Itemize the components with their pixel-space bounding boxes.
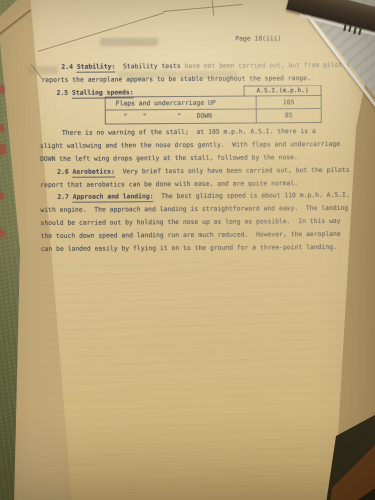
table-cell-speed-down: 85 bbox=[257, 109, 321, 122]
section-2-7-heading: Approach and landing: bbox=[73, 192, 154, 202]
section-2-7-text: The best gliding speed is about 110 m.p.… bbox=[153, 191, 349, 200]
section-2-4-line1: 2.4 Stability: Stability tests have not … bbox=[61, 62, 350, 71]
typed-text-block: Page 18(iii) 2.4 Stability: Stability te… bbox=[0, 0, 375, 321]
section-2-5-number: 2.5 bbox=[57, 89, 72, 97]
section-2-6-text: Very brief tests only have been carried … bbox=[115, 166, 350, 176]
table-cell-flaps-up: Flaps and undercarriage UP bbox=[106, 96, 257, 109]
photo-of-typewritten-report: Page 18(iii) 2.4 Stability: Stability te… bbox=[0, 0, 375, 500]
section-2-4-faded-text: have not been carried out, but from pilo… bbox=[185, 61, 351, 70]
section-2-7-line1: 2.7 Approach and landing: The best glidi… bbox=[57, 192, 349, 201]
table-cell-speed-up: 105 bbox=[257, 96, 321, 108]
table-row: " " " DOWN 85 bbox=[106, 109, 321, 124]
stall-paragraph-line1: There is no warning of the stall; at 105… bbox=[62, 128, 316, 137]
section-2-4-text: Stability tests bbox=[115, 62, 184, 70]
section-2-7-line2: with engine. The approach and landing is… bbox=[40, 205, 348, 214]
section-2-6-number: 2.6 bbox=[57, 168, 72, 176]
page-number: Page 18(iii) bbox=[235, 35, 281, 42]
section-2-7-line4: the touch down speed and landing run are… bbox=[41, 231, 341, 240]
section-2-6-line2: report that aerobatics can be done with … bbox=[40, 180, 298, 189]
section-2-7-line3: should be carried out by holding the nos… bbox=[40, 218, 340, 227]
section-2-7-line5: can be landed easily by flying it on to … bbox=[41, 244, 337, 253]
section-2-4-line2: reports the aeroplane appears to be stab… bbox=[41, 75, 310, 84]
section-2-6-line1: 2.6 Aerobatics: Very brief tests only ha… bbox=[57, 167, 349, 176]
table-body: Flaps and undercarriage UP 105 " " " DOW… bbox=[105, 95, 322, 125]
stalling-speeds-table: A.S.I.(m.p.h.) Flaps and undercarriage U… bbox=[105, 85, 322, 87]
section-2-6-heading: Aerobatics: bbox=[73, 167, 115, 177]
table-cell-flaps-down: " " " DOWN bbox=[106, 109, 257, 123]
section-2-4-heading: Stability: bbox=[77, 62, 116, 72]
section-2-4-number: 2.4 bbox=[61, 63, 76, 71]
section-2-7-number: 2.7 bbox=[57, 193, 72, 201]
stall-paragraph-line2: slight wallowing and then the nose drops… bbox=[40, 141, 340, 150]
stall-paragraph-line3: DOWN the left wing drops gently at the s… bbox=[40, 154, 298, 163]
